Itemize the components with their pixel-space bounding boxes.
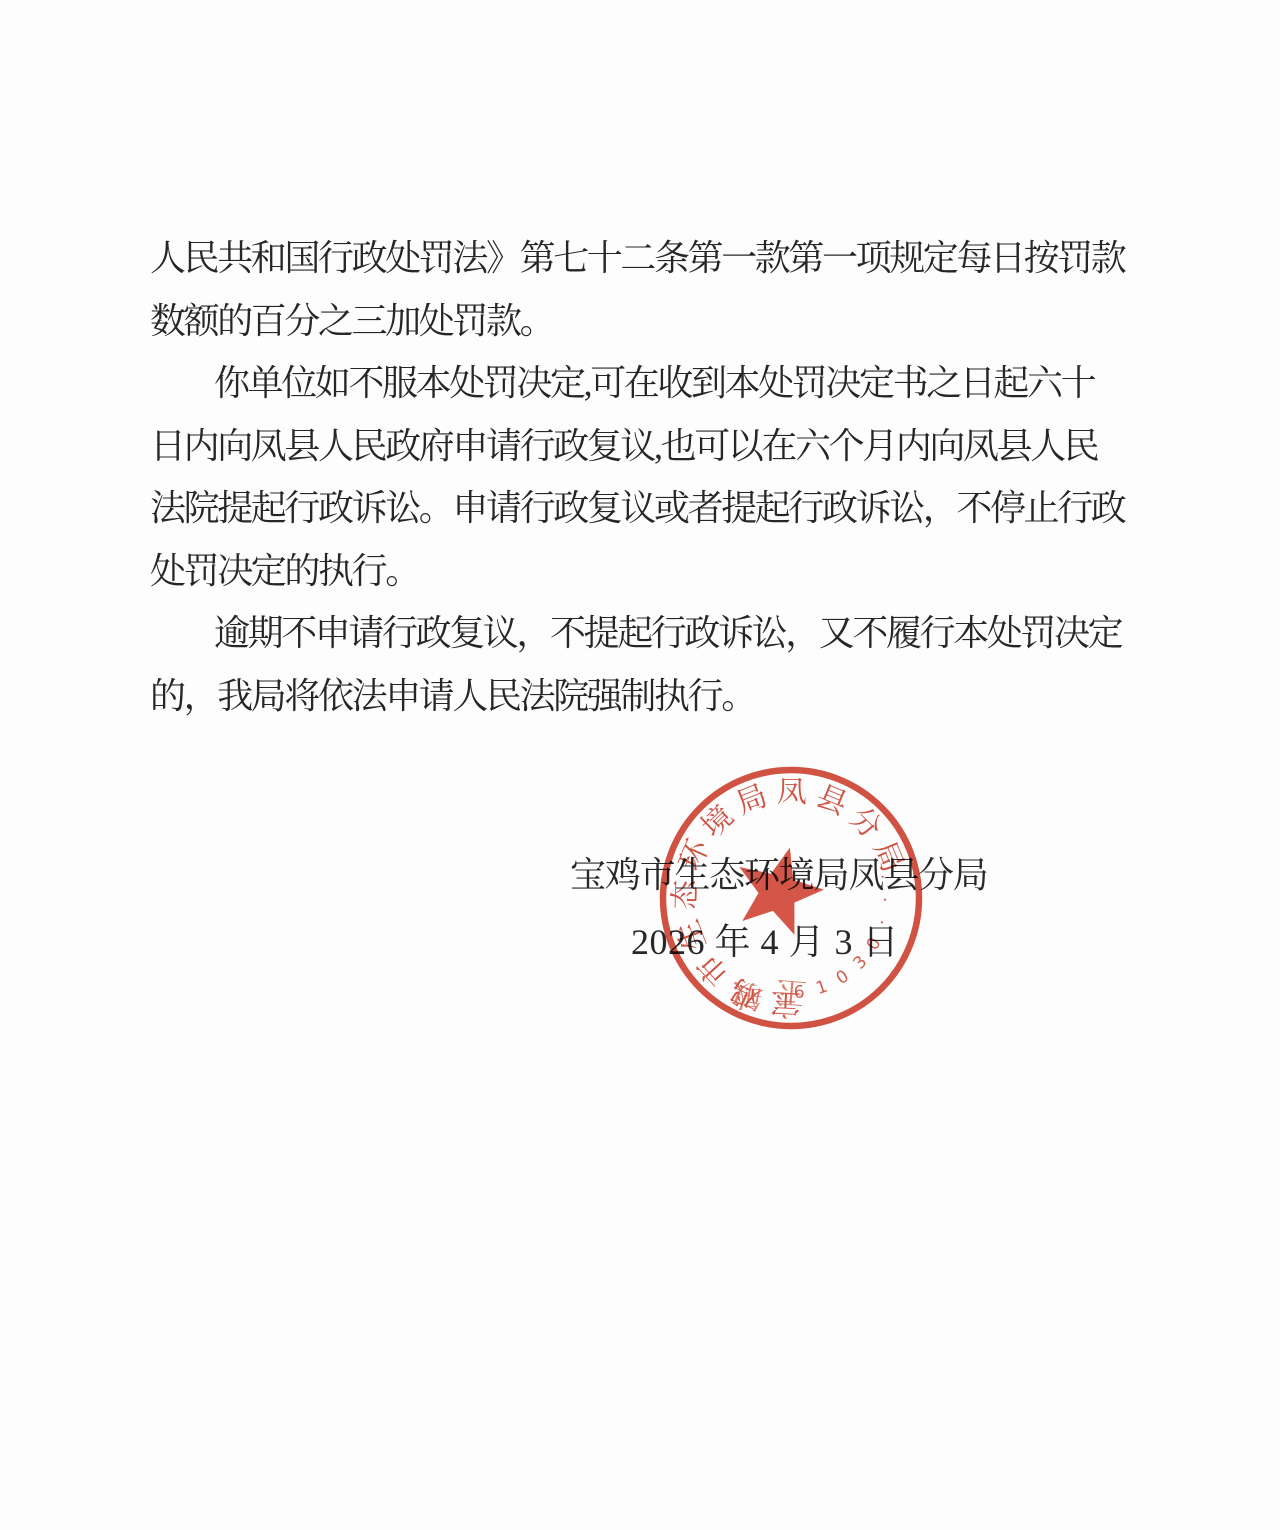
seal-arc-char: 分 bbox=[843, 801, 888, 846]
body-line: 你单位如不服本处罚决定,可在收到本处罚决定书之日起六十 bbox=[150, 352, 1145, 415]
body-line: 的，我局将依法申请人民法院强制执行。 bbox=[150, 665, 1145, 728]
official-seal: 宝鸡市生态环境局凤县分局61030··· 敏玉 bbox=[655, 762, 927, 1034]
seal-arc-char: 境 bbox=[696, 800, 740, 845]
seal-code-char: 6 bbox=[793, 982, 806, 1003]
body-line: 数额的百分之三加处罚款。 bbox=[150, 290, 1145, 353]
seal-code-char: 0 bbox=[833, 966, 853, 989]
scanned-document-page: 人民共和国行政处罚法》第七十二条第一款第一项规定每日按罚款 数额的百分之三加处罚… bbox=[0, 0, 1280, 1530]
body-line: 日内向凤县人民政府申请行政复议,也可以在六个月内向凤县人民 bbox=[150, 415, 1145, 478]
seal-ghost-char: 玉 bbox=[774, 974, 808, 1012]
body-line: 法院提起行政诉讼。申请行政复议或者提起行政诉讼，不停止行政 bbox=[150, 477, 1145, 540]
body-line: 处罚决定的执行。 bbox=[150, 540, 1145, 603]
issuer-signature: 宝鸡市生态环境局凤县分局 bbox=[570, 853, 988, 897]
body-line: 逾期不申请行政复议，不提起行政诉讼，又不履行本处罚决定 bbox=[150, 602, 1145, 665]
seal-arc-char: 局 bbox=[732, 779, 772, 821]
seal-arc-char: 鸡 bbox=[726, 972, 767, 1015]
official-seal-svg: 宝鸡市生态环境局凤县分局61030··· 敏玉 bbox=[655, 762, 927, 1034]
document-body: 人民共和国行政处罚法》第七十二条第一款第一项规定每日按罚款 数额的百分之三加处罚… bbox=[150, 227, 1145, 727]
seal-ring bbox=[663, 770, 919, 1026]
seal-code-char: · bbox=[876, 897, 896, 903]
seal-ghost-char: 敏 bbox=[730, 977, 764, 1015]
seal-code-char: 1 bbox=[814, 977, 831, 999]
body-line: 人民共和国行政处罚法》第七十二条第一款第一项规定每日按罚款 bbox=[150, 227, 1145, 290]
issue-date: 2026 年 4 月 3 日 bbox=[631, 920, 899, 964]
seal-arc-char: 宝 bbox=[770, 986, 802, 1021]
seal-arc-char: 凤 bbox=[777, 776, 807, 809]
seal-arc-char: 县 bbox=[811, 780, 851, 822]
